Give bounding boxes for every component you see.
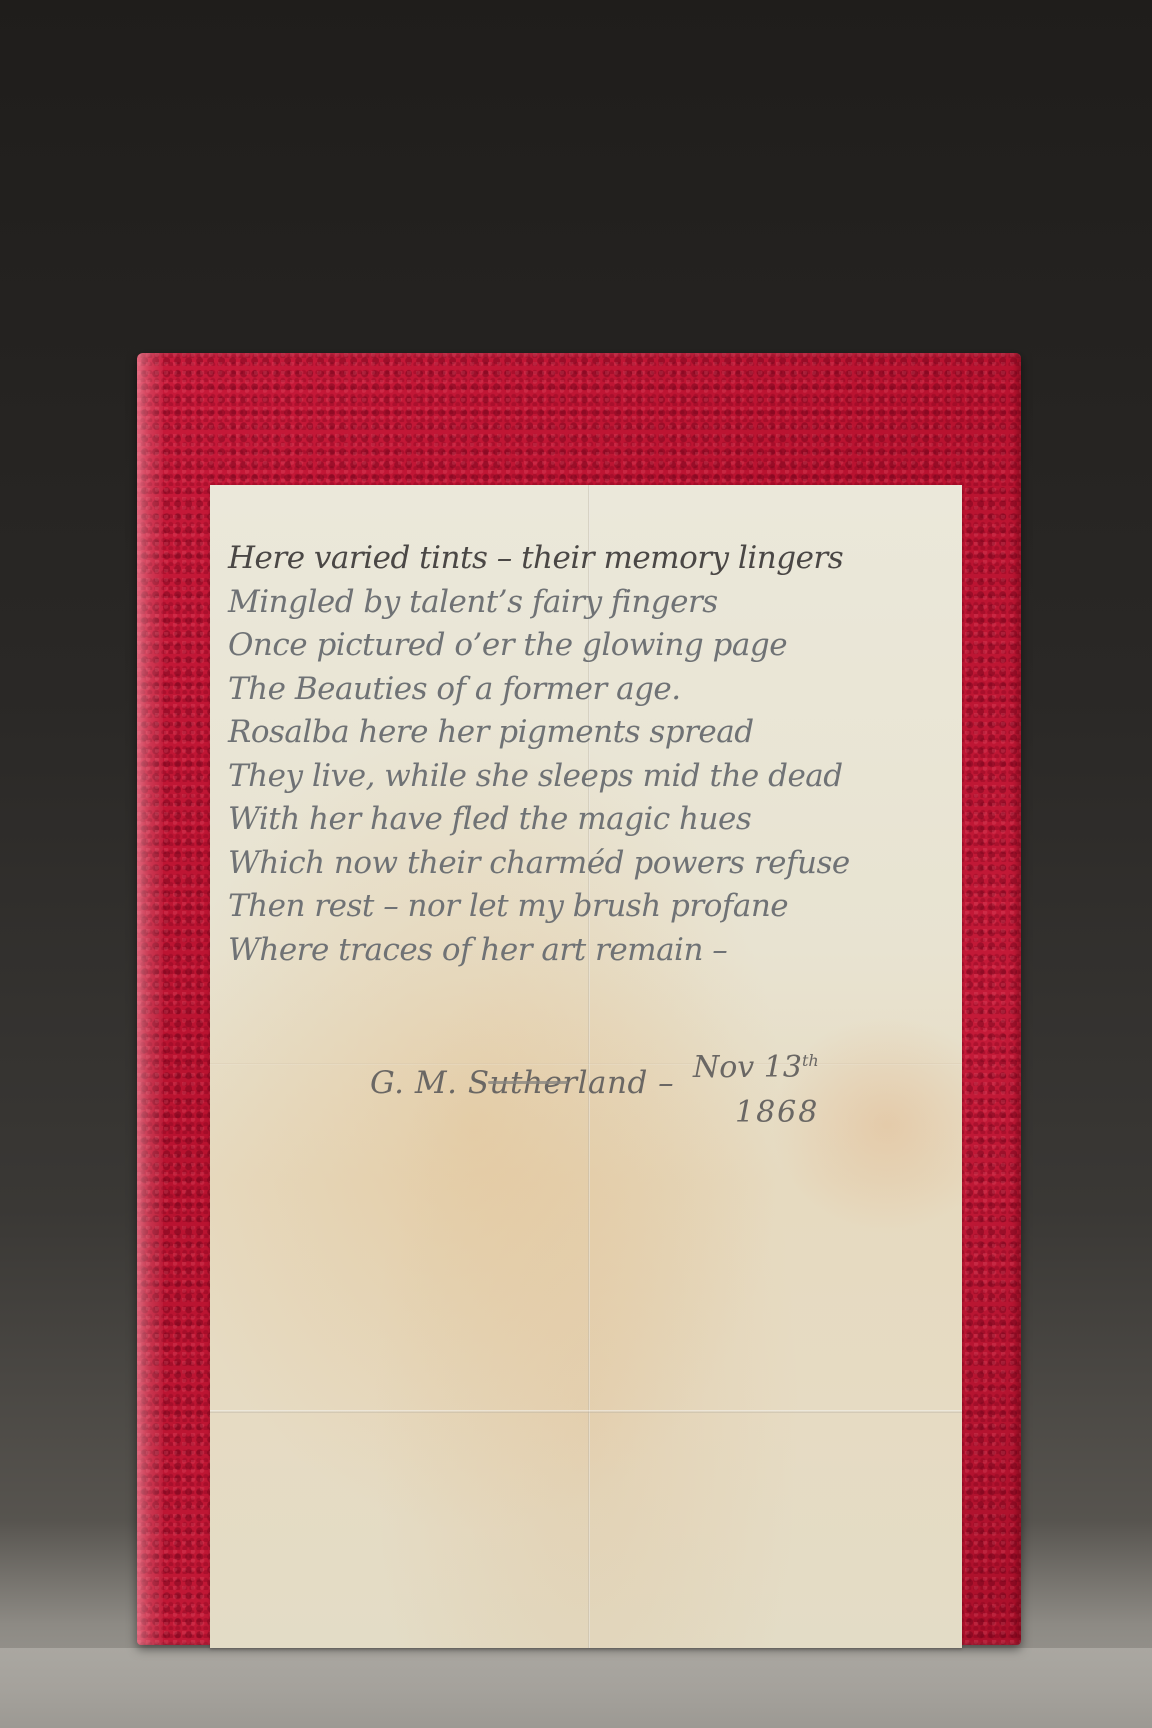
date-month-day: Nov 13th — [693, 1050, 819, 1085]
poem-line: The Beauties of a former age. — [228, 668, 948, 712]
poem-line: Mingled by talent’s fairy fingers — [228, 581, 948, 625]
closing-flourish-line — [488, 1081, 568, 1084]
horizontal-fold-crease — [210, 1410, 962, 1413]
poem-line: With her have fled the magic hues — [228, 798, 948, 842]
date-year: 1868 — [735, 1095, 819, 1130]
table-surface — [0, 1648, 1152, 1728]
date-suffix: th — [802, 1051, 819, 1070]
poem-line: Which now their charméd powers refuse — [228, 842, 948, 886]
poem-line: Then rest – nor let my brush profane — [228, 885, 948, 929]
poem-line: Here varied tints – their memory lingers — [228, 537, 948, 581]
poem-line: They live, while she sleeps mid the dead — [228, 755, 948, 799]
poem-line: Once pictured o’er the glowing page — [228, 624, 948, 668]
manuscript-paper: Here varied tints – their memory lingers… — [210, 485, 962, 1648]
poem-line: Where traces of her art remain – — [228, 929, 948, 973]
book-spine-highlight — [137, 353, 163, 1645]
poem-text: Here varied tints – their memory lingers… — [228, 537, 948, 972]
date-text: Nov 13 — [693, 1050, 802, 1085]
poem-line: Rosalba here her pigments spread — [228, 711, 948, 755]
